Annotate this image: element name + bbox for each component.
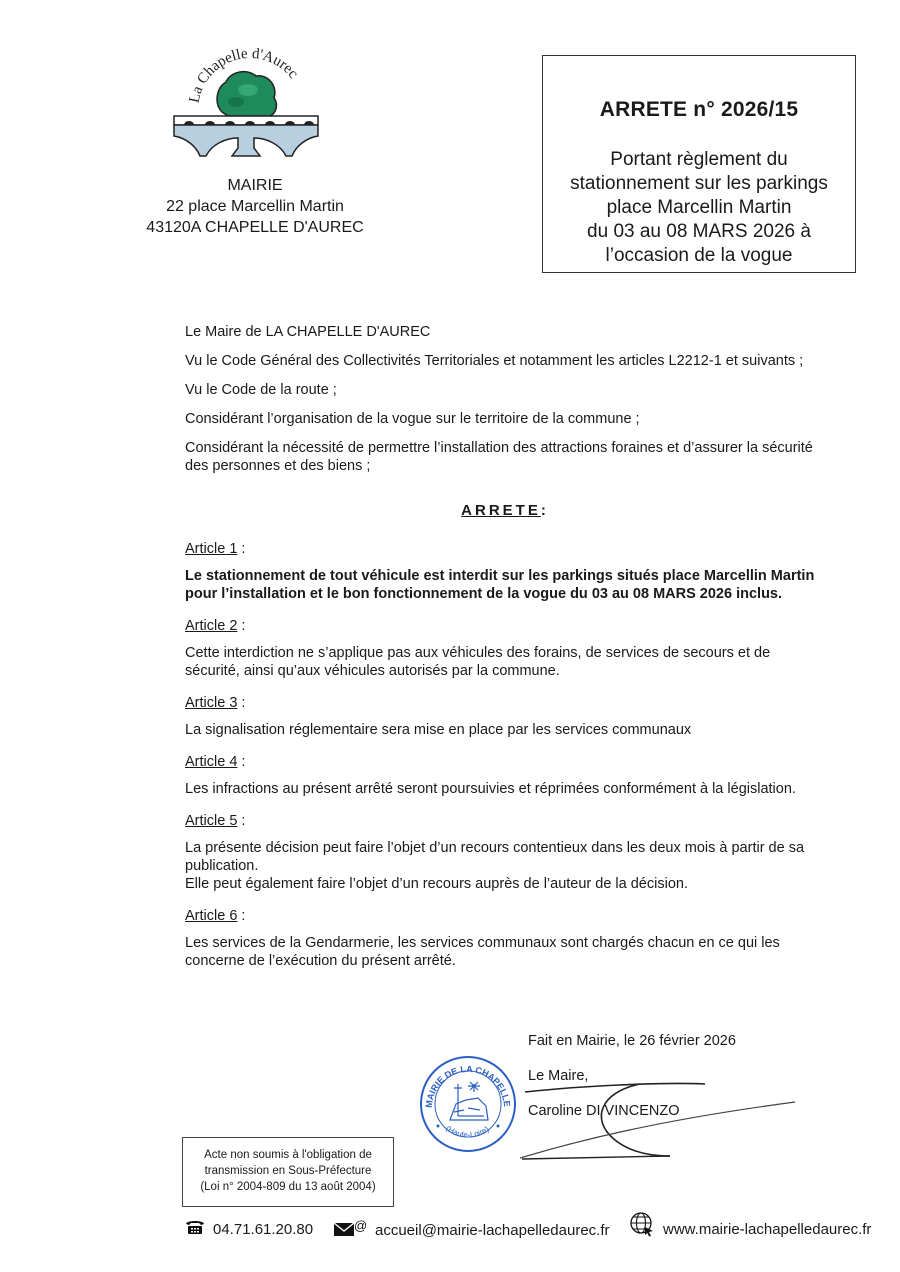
contact-footer: 04.71.61.20.80 @ accueil@mairie-lachapel… [185,1215,885,1241]
article-1-label: Article 1 [185,541,237,557]
svg-text:(Haute-Loire): (Haute-Loire) [444,1124,491,1140]
decree-subject-line: du 03 au 08 MARS 2026 à [543,220,855,244]
website-link[interactable]: www.mairie-lachapelledaurec.fr [663,1221,871,1238]
legal-basis: Vu le Code de la route ; [185,381,825,399]
article-5-text-continued: Elle peut également faire l’objet d’un r… [185,875,825,893]
article-2-text: Cette interdiction ne s’applique pas aux… [185,644,825,680]
decree-subject-line: stationnement sur les parkings [543,172,855,196]
svg-text:@: @ [354,1219,367,1233]
decree-title-box: ARRETE n° 2026/15 Portant règlement du s… [542,55,856,273]
article-5-text: La présente décision peut faire l’objet … [185,839,825,875]
notice-line: (Loi n° 2004-809 du 13 août 2004) [183,1179,393,1195]
article-colon: : [237,618,245,634]
article-colon: : [237,754,245,770]
article-3-label: Article 3 [185,695,237,711]
article-colon: : [237,541,245,557]
article-6-text: Les services de la Gendarmerie, les serv… [185,934,825,970]
decree-subject-line: place Marcellin Martin [543,196,855,220]
decree-subject-line: l’occasion de la vogue [543,244,855,268]
decree-heading-colon: : [541,502,549,519]
decree-body: Le Maire de LA CHAPELLE D'AUREC Vu le Co… [185,323,825,970]
official-stamp: MAIRIE DE LA CHAPELLE D'AUREC (Haute-Loi… [418,1054,518,1154]
article-4-label: Article 4 [185,754,237,770]
article-title: Article 3 : [185,694,825,712]
article-title: Article 4 : [185,753,825,771]
telephone-icon [185,1219,205,1239]
mairie-address-block: MAIRIE 22 place Marcellin Martin 43120A … [120,175,390,238]
globe-cursor-icon [629,1211,655,1241]
legal-basis: Considérant l’organisation de la vogue s… [185,410,825,428]
municipal-seal-icon: MAIRIE DE LA CHAPELLE D'AUREC (Haute-Loi… [418,1054,518,1154]
article-4-text: Les infractions au présent arrêté seront… [185,780,825,798]
email-link[interactable]: accueil@mairie-lachapelledaurec.fr [375,1222,610,1239]
article-title: Article 5 : [185,812,825,830]
issuer-statement: Le Maire de LA CHAPELLE D'AUREC [185,323,825,341]
phone-number: 04.71.61.20.80 [213,1221,313,1238]
municipality-logo: La Chapelle d'Aurec [170,48,320,160]
article-title: Article 2 : [185,617,825,635]
decree-heading-text: ARRETE [461,502,541,519]
mairie-label: MAIRIE [120,175,390,196]
decree-subject-line: Portant règlement du [543,148,855,172]
notice-line: transmission en Sous-Préfecture [183,1163,393,1179]
footer-email[interactable]: @ accueil@mairie-lachapelledaurec.fr [333,1219,610,1241]
footer-phone: 04.71.61.20.80 [185,1219,313,1239]
envelope-at-icon: @ [333,1219,367,1241]
article-6-label: Article 6 [185,908,237,924]
mairie-address-line2: 43120A CHAPELLE D'AUREC [120,217,390,238]
notice-line: Acte non soumis à l'obligation de [183,1147,393,1163]
signature-scribble-icon [520,1070,800,1165]
handwritten-signature [520,1070,800,1165]
decree-subject: Portant règlement du stationnement sur l… [543,148,855,268]
decree-number: ARRETE n° 2026/15 [543,98,855,122]
legal-basis: Vu le Code Général des Collectivités Ter… [185,352,825,370]
article-5-label: Article 5 [185,813,237,829]
footer-website[interactable]: www.mairie-lachapelledaurec.fr [629,1211,871,1241]
article-2-label: Article 2 [185,618,237,634]
legal-basis: Considérant la nécessité de permettre l’… [185,439,825,475]
decree-heading: ARRETE: [185,502,825,520]
article-colon: : [237,813,245,829]
article-title: Article 1 : [185,540,825,558]
article-colon: : [237,908,245,924]
article-3-text: La signalisation réglementaire sera mise… [185,721,825,739]
article-title: Article 6 : [185,907,825,925]
place-and-date: Fait en Mairie, le 26 février 2026 [528,1032,736,1050]
tree-on-bridge-logo-icon: La Chapelle d'Aurec [170,48,320,160]
transmission-notice-box: Acte non soumis à l'obligation de transm… [182,1137,394,1207]
article-colon: : [237,695,245,711]
mairie-address-line1: 22 place Marcellin Martin [120,196,390,217]
article-1-text: Le stationnement de tout véhicule est in… [185,567,825,603]
